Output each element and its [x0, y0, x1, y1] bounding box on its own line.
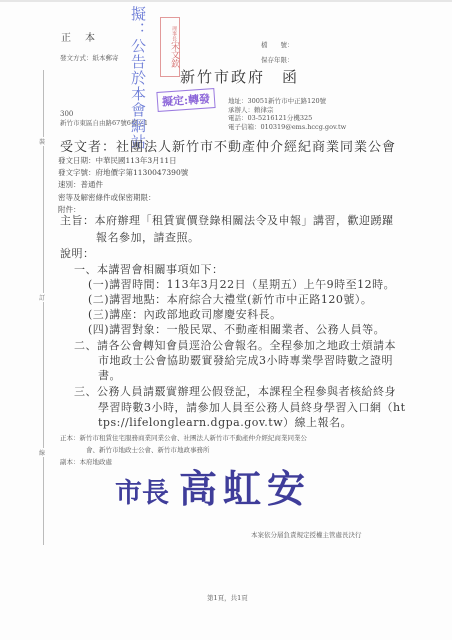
subject-line-1: 主旨：本府辦理「租賃實價登錄相關法令及申報」講習，歡迎踴躍: [60, 212, 394, 228]
stamp-chairman-name: 宋文欽: [169, 41, 179, 68]
explanation-sub-3: (三)講座：內政部地政司廖慶安科長。: [88, 306, 282, 322]
mayor-signature: 市長高虹安: [115, 458, 311, 513]
signature-name: 高虹安: [179, 466, 311, 511]
explanation-sub-4: (四)講習對象：一般民眾、不動產相關業者、公務人員等。: [88, 321, 385, 337]
signature-title: 市長: [115, 478, 169, 509]
speed-class: 速別：普通件: [58, 179, 188, 191]
binding-mark-xian: 線: [39, 448, 45, 457]
explanation-label: 說明：: [60, 245, 95, 261]
stamp-announce-blue: 擬：公告於本會網站: [130, 6, 146, 150]
file-number-label: 檔 號：: [261, 40, 294, 49]
subject-line-2: 報名參加，請查照。: [96, 229, 200, 245]
page-top-edge: [0, 0, 452, 2]
explanation-item-3-line-3: tps://lifelonglearn.dgpa.gov.tw）線上報名。: [98, 414, 352, 430]
contact-handler: 承辦人：賴律宗: [228, 106, 346, 115]
contact-address: 地址：30051新竹市中正路120號: [228, 97, 346, 106]
distribution-main-line-2: 會、新竹市地政士公會、新竹市地政事務所: [86, 445, 210, 454]
contact-block: 地址：30051新竹市中正路120號 承辦人：賴律宗 電話：03-5216121…: [228, 97, 346, 131]
stamp-draft-purple: 擬定:轉發: [156, 88, 215, 112]
distribution-main-line-1: 正本：新竹市租賃住宅服務商業同業公會、社團法人新竹市不動產仲介經紀商業同業公: [60, 433, 307, 442]
document-title: 新竹市政府 函: [180, 66, 299, 87]
explanation-item-2-line-2: 市地政士公會協助覈實發給完成3小時專業學習時數之證明: [98, 352, 393, 368]
explanation-item-2-line-3: 書。: [98, 367, 121, 383]
explanation-sub-2: (二)講習地點：本府綜合大禮堂(新竹市中正路120號）。: [88, 291, 372, 307]
retention-period-label: 保存年限：: [261, 55, 294, 64]
stamp-chairman-red: 理事長宋文欽: [160, 17, 180, 77]
explanation-item-3-line-1: 三、公務人員請覈實辦理公假登記，本課程全程參與者核給終身: [74, 383, 396, 399]
distribution-copy: 副本：本府地政處: [60, 457, 112, 466]
explanation-item-1: 一、本講習會相關事項如下：: [74, 261, 224, 277]
recipient: 受文者：社團法人新竹市不動產仲介經紀商業同業公會: [60, 136, 396, 155]
binding-mark-ding: 訂: [39, 293, 45, 302]
binding-mark-zhuang: 裝: [39, 137, 45, 146]
explanation-sub-1: (一)講習時間：113年3月22日（星期五）上午9時至12時。: [88, 276, 395, 292]
contact-email: 電子信箱：010319@ems.hccg.gov.tw: [228, 123, 346, 132]
issue-date: 發文日期：中華民國113年3月11日: [58, 155, 188, 167]
secrecy-level: 密等及解密條件或保密期限：: [58, 192, 188, 204]
document-number: 發文字號：府地價字第1130047390號: [58, 167, 188, 179]
contact-phone: 電話：03-5216121分機325: [228, 114, 346, 123]
explanation-item-2-line-1: 二、請各公會轉知會員逕洽公會報名。全程參加之地政士煩請本: [74, 337, 396, 353]
delegation-note: 本案依分層負責規定授權主管處長決行: [251, 530, 362, 539]
page-number: 第1頁，共1頁: [207, 593, 248, 602]
document-meta: 發文日期：中華民國113年3月11日 發文字號：府地價字第1130047390號…: [58, 155, 188, 216]
sender-postcode: 300: [60, 110, 73, 118]
explanation-item-3-line-2: 學習時數3小時，請參加人員至公務人員終身學習入口網（ht: [98, 399, 406, 415]
send-method: 發文方式：紙本郵寄: [60, 53, 119, 62]
stamp-chairman-title: 理事長: [171, 26, 177, 41]
copy-type-label: 正 本: [61, 29, 97, 44]
